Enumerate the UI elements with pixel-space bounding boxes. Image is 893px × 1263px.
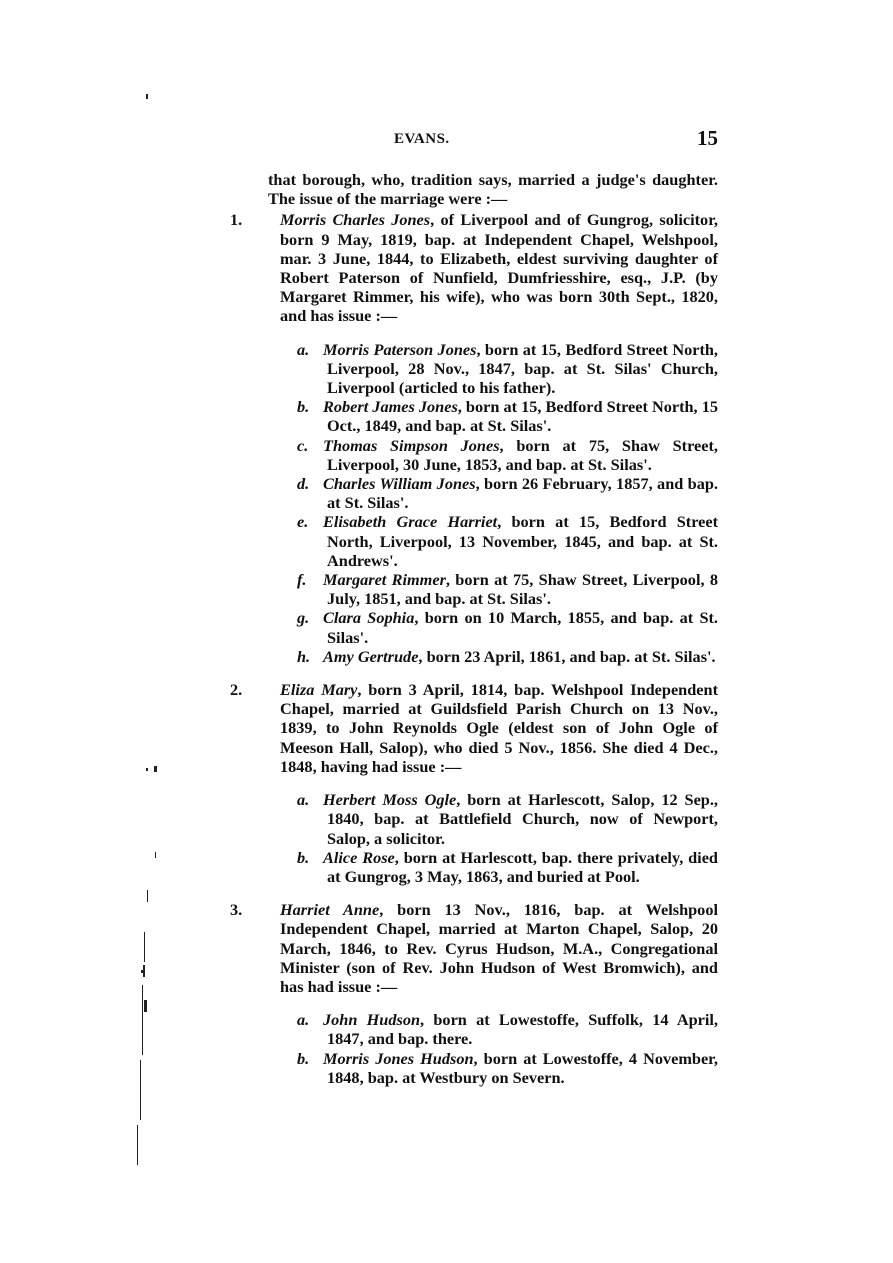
child-letter: a. [297,790,323,809]
margin-scan-marks [0,0,200,1263]
child-letter: h. [297,647,323,666]
child-entry: a.John Hudson, born at Lowestoffe, Suffo… [230,1010,718,1048]
genealogy-entry: 3. Harriet Anne, born 13 Nov., 1816, bap… [230,900,718,996]
child-letter: g. [297,608,323,627]
genealogy-entry: 2. Eliza Mary, born 3 April, 1814, bap. … [230,680,718,776]
child-letter: b. [297,848,323,867]
child-entry: e.Elisabeth Grace Harriet, born at 15, B… [230,512,718,570]
child-entry: c.Thomas Simpson Jones, born at 75, Shaw… [230,436,718,474]
child-name: Morris Jones Hudson [323,1049,474,1068]
child-name: Clara Sophia [323,608,414,627]
child-entry: b.Robert James Jones, born at 15, Bedfor… [230,397,718,435]
child-name: Elisabeth Grace Harriet [323,512,497,531]
running-head: EVANS. [394,131,450,148]
child-text: , born 23 April, 1861, and bap. at St. S… [418,647,715,666]
child-letter: a. [297,1010,323,1029]
document-page: EVANS. 15 that borough, who, tradition s… [0,0,893,1263]
child-name: Margaret Rimmer [323,570,446,589]
person-name: Harriet Anne [280,900,379,919]
children-list: a.Herbert Moss Ogle, born at Harlescott,… [230,790,718,886]
child-name: John Hudson [323,1010,420,1029]
page-header: EVANS. 15 [268,126,718,150]
child-name: Alice Rose [323,848,395,867]
child-letter: b. [297,397,323,416]
child-name: Charles William Jones [323,474,476,493]
child-entry: d.Charles William Jones, born 26 Februar… [230,474,718,512]
child-letter: c. [297,436,323,455]
child-entry: a.Morris Paterson Jones, born at 15, Bed… [230,340,718,398]
child-letter: b. [297,1049,323,1068]
child-name: Robert James Jones [323,397,458,416]
children-list: a.Morris Paterson Jones, born at 15, Bed… [230,340,718,666]
children-list: a.John Hudson, born at Lowestoffe, Suffo… [230,1010,718,1087]
child-entry: b.Morris Jones Hudson, born at Lowestoff… [230,1049,718,1087]
child-name: Herbert Moss Ogle [323,790,456,809]
entry-number: 1. [230,210,242,229]
person-name: Morris Charles Jones [280,210,430,229]
genealogy-entry: 1. Morris Charles Jones, of Liverpool an… [230,210,718,325]
intro-paragraph: that borough, who, tradition says, marri… [230,170,718,208]
child-letter: d. [297,474,323,493]
page-body: that borough, who, tradition says, marri… [230,170,718,1101]
person-name: Eliza Mary [280,680,357,699]
child-letter: a. [297,340,323,359]
child-letter: f. [297,570,323,589]
child-entry: h.Amy Gertrude, born 23 April, 1861, and… [230,647,718,666]
child-entry: b.Alice Rose, born at Harlescott, bap. t… [230,848,718,886]
page-number: 15 [697,126,718,151]
child-name: Morris Paterson Jones [323,340,476,359]
child-name: Amy Gertrude [323,647,418,666]
child-entry: f.Margaret Rimmer, born at 75, Shaw Stre… [230,570,718,608]
entry-number: 3. [230,900,242,919]
child-entry: a.Herbert Moss Ogle, born at Harlescott,… [230,790,718,848]
child-entry: g.Clara Sophia, born on 10 March, 1855, … [230,608,718,646]
child-letter: e. [297,512,323,531]
entry-number: 2. [230,680,242,699]
child-name: Thomas Simpson Jones [323,436,500,455]
